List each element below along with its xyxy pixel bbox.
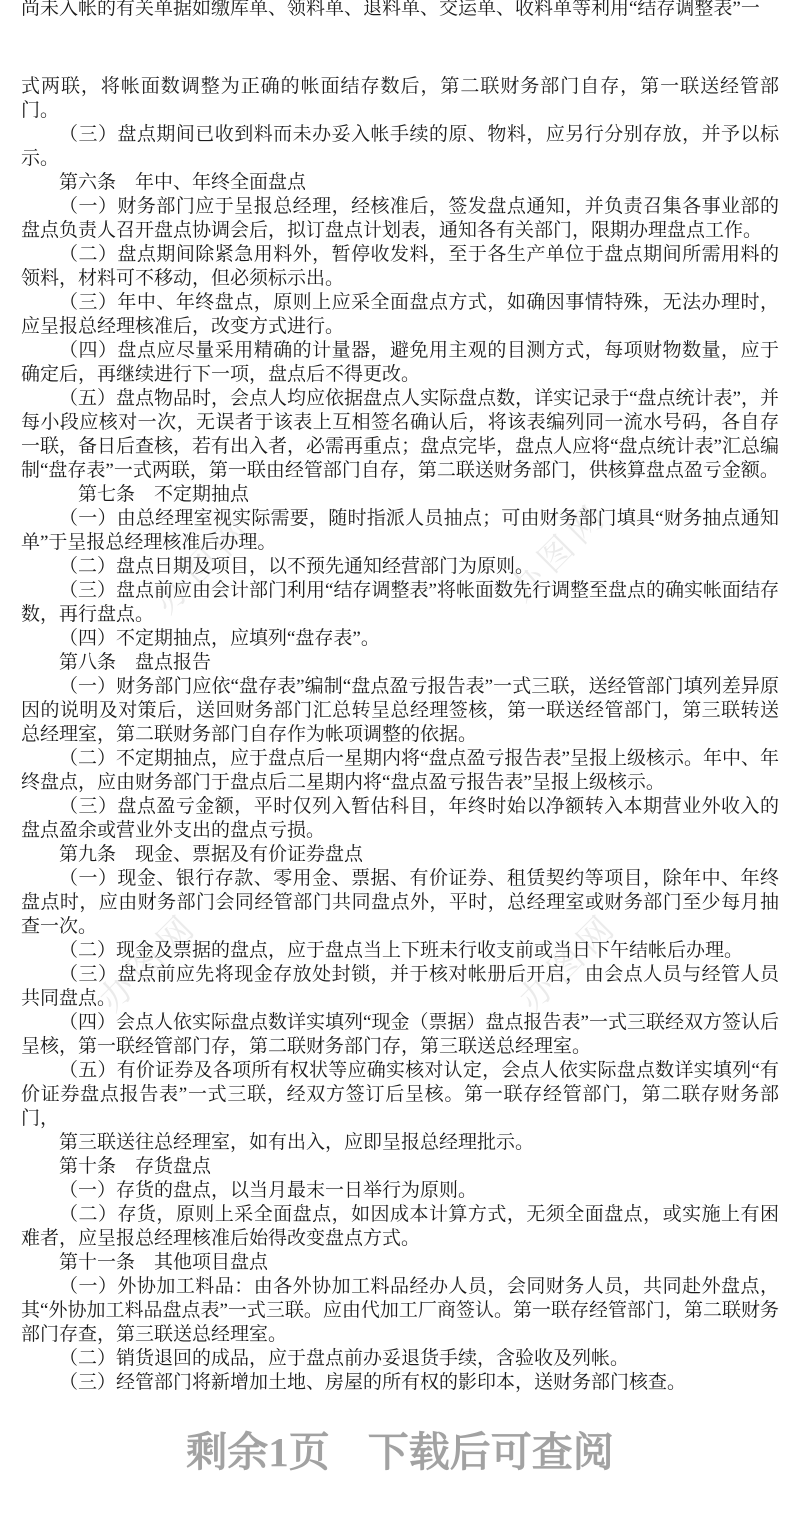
paragraph: 第三联送往总经理室，如有出入，应即呈报总经理批示。 bbox=[21, 1131, 779, 1155]
previous-page-fragment-wrap: 尚未入帐的有关单据如缴库单、领料单、退料单、交运单、收料单等利用“结存调整表”一 bbox=[0, 0, 800, 21]
document-body: 式两联，将帐面数调整为正确的帐面结存数后，第二联财务部门自存，第一联送经管部门。… bbox=[0, 75, 800, 1395]
paragraph: （四）会点人依实际盘点数详实填列“现金（票据）盘点报告表”一式三联经双方签认后呈… bbox=[21, 1011, 779, 1059]
previous-page-fragment: 尚未入帐的有关单据如缴库单、领料单、退料单、交运单、收料单等利用“结存调整表”一 bbox=[21, 0, 779, 21]
paragraph: （二）现金及票据的盘点，应于盘点当上下班未行收支前或当日下午结帐后办理。 bbox=[21, 939, 779, 963]
paragraph: 第六条 年中、年终全面盘点 bbox=[21, 171, 779, 195]
paragraph: （五）有价证券及各项所有权状等应确实核对认定，会点人依实际盘点数详实填列“有价证… bbox=[21, 1059, 779, 1131]
paragraph: （五）盘点物品时，会点人均应依据盘点人实际盘点数，详实记录于“盘点统计表”，并每… bbox=[21, 387, 779, 483]
page-break-gap bbox=[0, 21, 800, 75]
paragraph: （二）销货退回的成品，应于盘点前办妥退货手续，含验收及列帐。 bbox=[21, 1347, 779, 1371]
paragraph: （一）由总经理室视实际需要，随时指派人员抽点；可由财务部门填具“财务抽点通知单”… bbox=[21, 507, 779, 555]
paragraph: （一）存货的盘点，以当月最末一日举行为原则。 bbox=[21, 1179, 779, 1203]
paragraph: （三）盘点盈亏金额，平时仅列入暂估科目，年终时始以净额转入本期营业外收入的盘点盈… bbox=[21, 795, 779, 843]
paragraph: 第七条 不定期抽点 bbox=[21, 483, 779, 507]
paragraph: （四）盘点应尽量采用精确的计量器，避免用主观的目测方式，每项财物数量，应于确定后… bbox=[21, 339, 779, 387]
paragraph: （二）存货，原则上采全面盘点，如因成本计算方式，无须全面盘点，或实施上有困难者，… bbox=[21, 1203, 779, 1251]
paragraph: （一）财务部门应依“盘存表”编制“盘点盈亏报告表”一式三联，送经管部门填列差异原… bbox=[21, 675, 779, 747]
paragraph: 第十一条 其他项目盘点 bbox=[21, 1251, 779, 1275]
paragraph: （三）年中、年终盘点，原则上应采全面盘点方式，如确因事情特殊，无法办理时，应呈报… bbox=[21, 291, 779, 339]
paragraph: （二）不定期抽点，应于盘点后一星期内将“盘点盈亏报告表”呈报上级核示。年中、年终… bbox=[21, 747, 779, 795]
paragraph: （二）盘点期间除紧急用料外，暂停收发料，至于各生产单位于盘点期间所需用料的领料，… bbox=[21, 243, 779, 291]
paragraph: （二）盘点日期及项目，以不预先通知经营部门为原则。 bbox=[21, 555, 779, 579]
paragraph: （一）外协加工料品：由各外协加工料品经办人员，会同财务人员，共同赴外盘点，其“外… bbox=[21, 1275, 779, 1347]
paragraph: 式两联，将帐面数调整为正确的帐面结存数后，第二联财务部门自存，第一联送经管部门。 bbox=[21, 75, 779, 123]
paragraph: （三）经管部门将新增加土地、房屋的所有权的影印本，送财务部门核查。 bbox=[21, 1371, 779, 1395]
paragraph: （一）财务部门应于呈报总经理，经核准后，签发盘点通知，并负责召集各事业部的盘点负… bbox=[21, 195, 779, 243]
download-note-label: 下载后可查阅 bbox=[368, 1419, 614, 1478]
paragraph: 第十条 存货盘点 bbox=[21, 1155, 779, 1179]
document-preview-page: 办图网 办图网 办图网 办图网 尚未入帐的有关单据如缴库单、领料单、退料单、交运… bbox=[0, 0, 800, 1525]
paragraph: （四）不定期抽点，应填列“盘存表”。 bbox=[21, 627, 779, 651]
download-notice: 剩余1页 下载后可查阅 bbox=[0, 1419, 800, 1478]
paragraph: （三）盘点前应先将现金存放处封锁，并于核对帐册后开启，由会点人员与经管人员共同盘… bbox=[21, 963, 779, 1011]
paragraph: 第八条 盘点报告 bbox=[21, 651, 779, 675]
paragraph: （三）盘点期间已收到料而未办妥入帐手续的原、物料，应另行分别存放，并予以标示。 bbox=[21, 123, 779, 171]
paragraph: （一）现金、银行存款、零用金、票据、有价证券、租赁契约等项目，除年中、年终盘点时… bbox=[21, 867, 779, 939]
paragraph: （三）盘点前应由会计部门利用“结存调整表”将帐面数先行调整至盘点的确实帐面结存数… bbox=[21, 579, 779, 627]
remaining-pages-label: 剩余1页 bbox=[186, 1419, 330, 1478]
paragraph: 第九条 现金、票据及有价证券盘点 bbox=[21, 843, 779, 867]
